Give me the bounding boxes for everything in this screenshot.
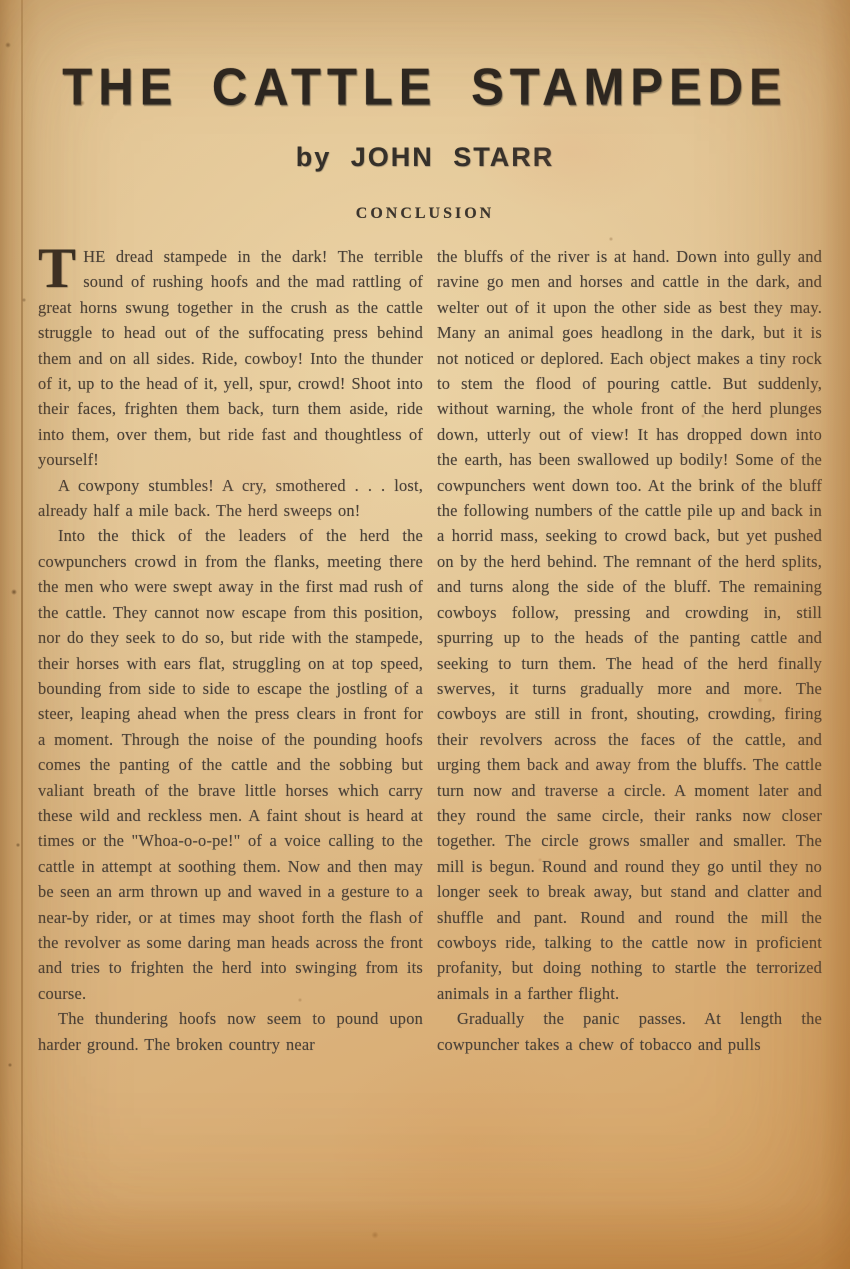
paragraph: the bluffs of the river is at hand. Down… [437, 244, 822, 1006]
story-title: THE CATTLE STAMPEDE [0, 0, 850, 117]
paragraph: Gradually the panic passes. At length th… [437, 1006, 822, 1057]
article-body: THE dread stampede in the dark! The terr… [0, 244, 850, 1057]
byline: by JOHN STARR [0, 114, 850, 173]
magazine-page: THE CATTLE STAMPEDE by JOHN STARR CONCLU… [0, 0, 850, 1269]
left-column: THE dread stampede in the dark! The terr… [38, 244, 423, 1057]
paragraph-text: HE dread stampede in the dark! The terri… [38, 247, 423, 469]
right-column: the bluffs of the river is at hand. Down… [437, 244, 822, 1057]
paragraph: The thundering hoofs now seem to pound u… [38, 1006, 423, 1057]
masthead: THE CATTLE STAMPEDE by JOHN STARR CONCLU… [0, 0, 850, 223]
dropcap: T [38, 244, 83, 290]
paragraph: A cowpony stumbles! A cry, smothered . .… [38, 473, 423, 524]
paragraph: Into the thick of the leaders of the her… [38, 523, 423, 1006]
paragraph: THE dread stampede in the dark! The terr… [38, 244, 423, 473]
page-bottom-edge [0, 1199, 850, 1269]
section-heading: CONCLUSION [0, 173, 850, 223]
